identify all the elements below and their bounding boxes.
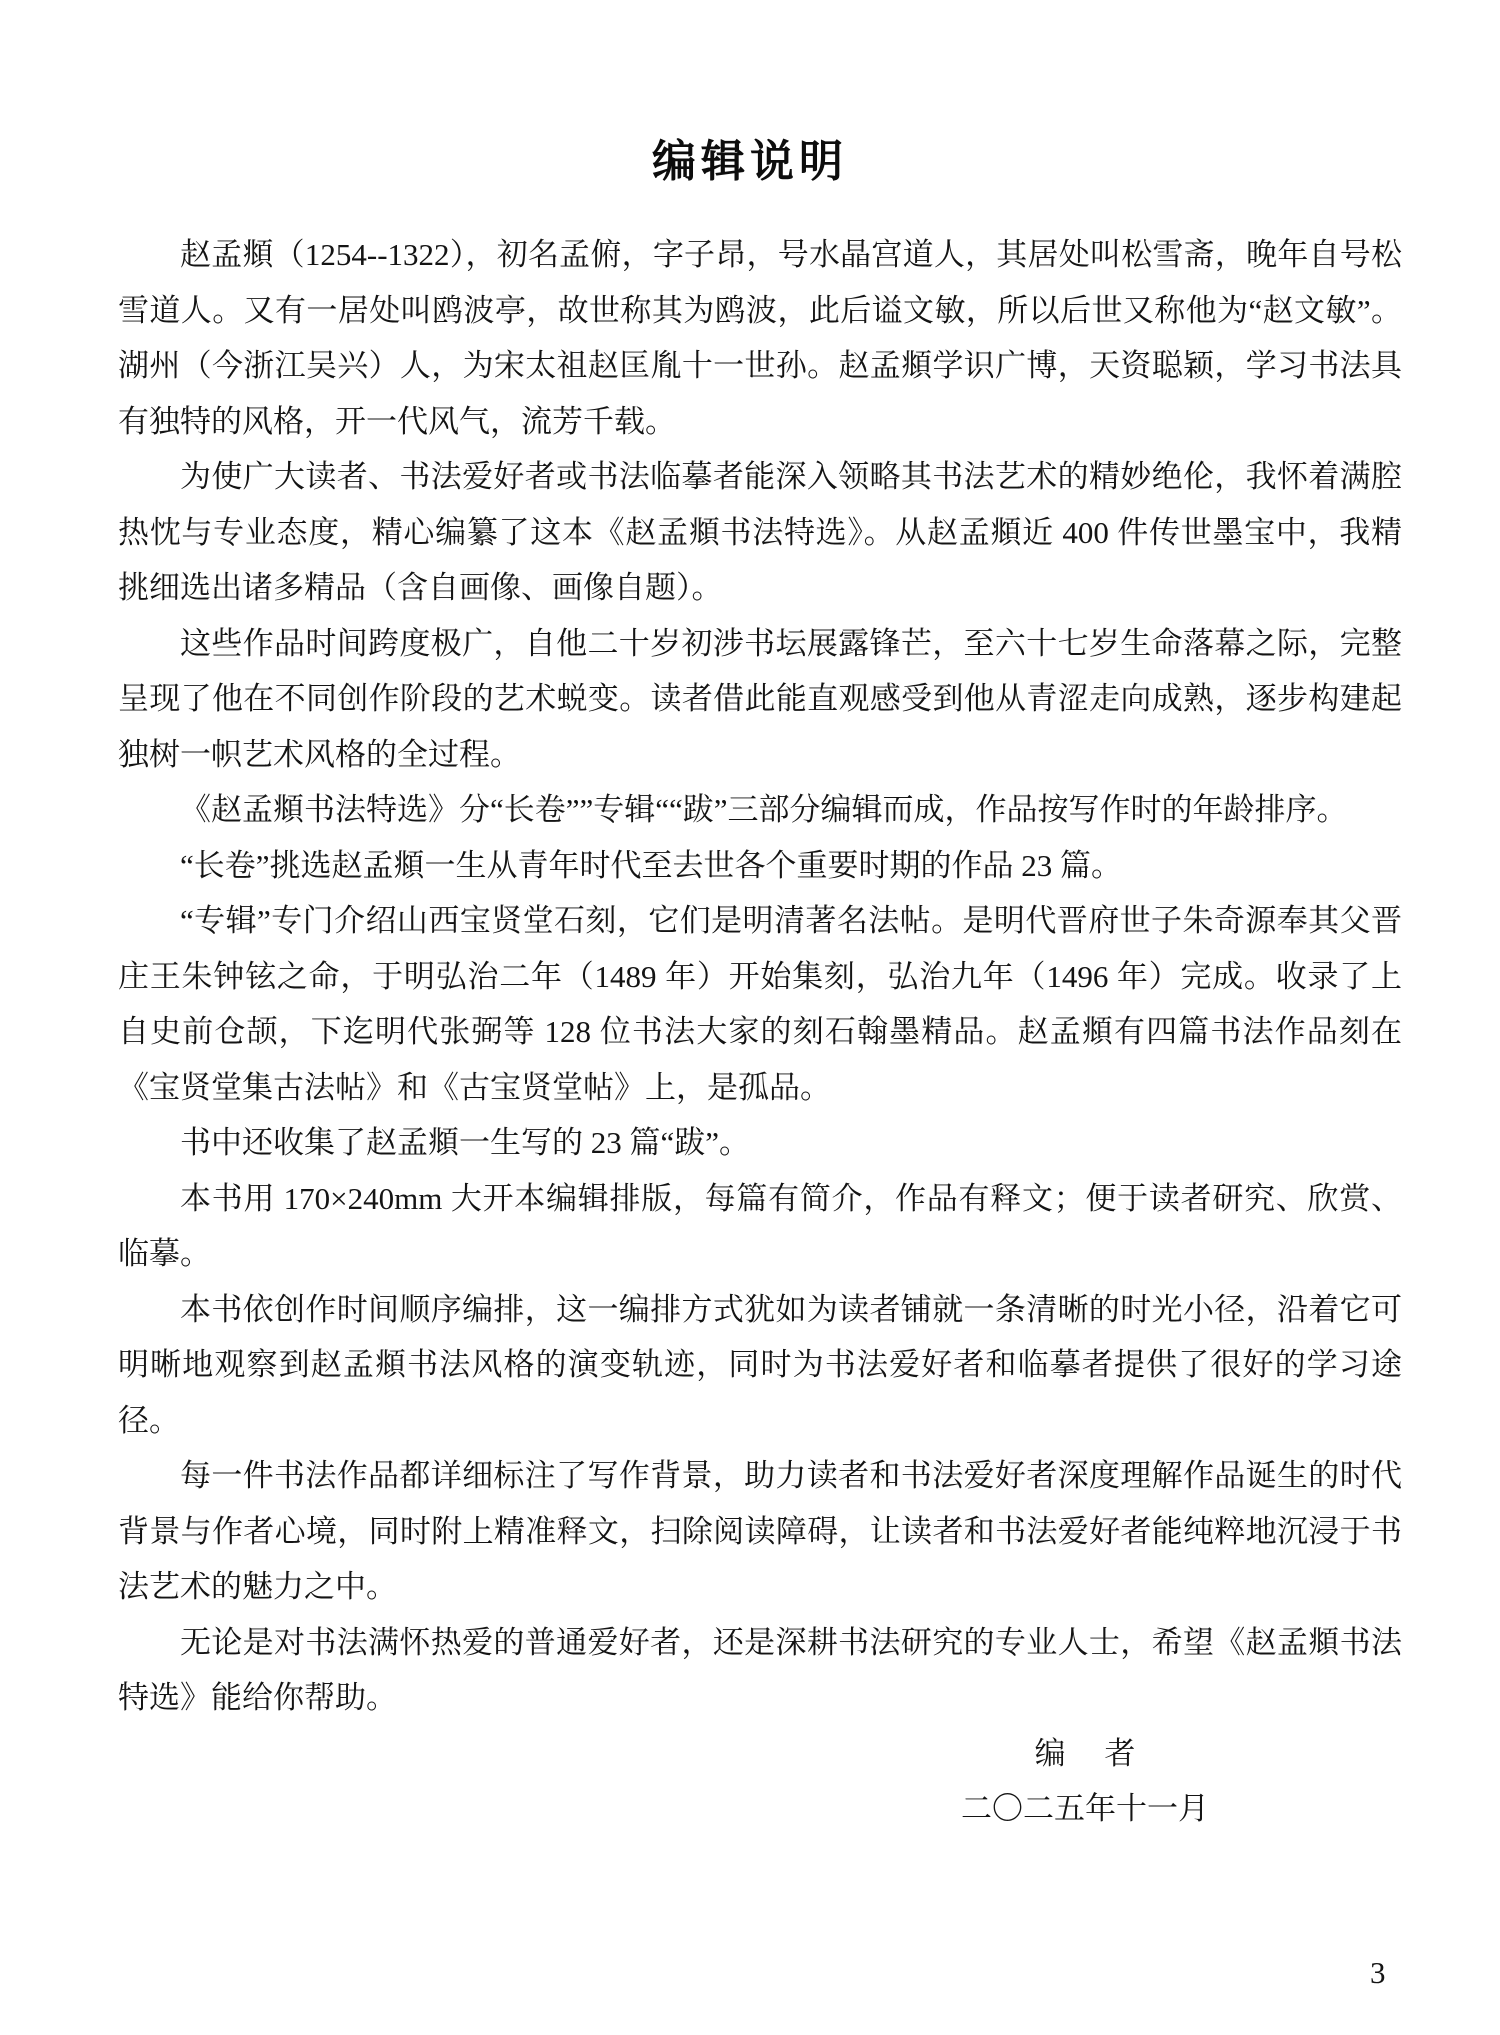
paragraph-closing: 无论是对书法满怀热爱的普通爱好者，还是深耕书法研究的专业人士，希望《赵孟頫书法特… bbox=[118, 1615, 1402, 1726]
paragraph-ordering: 本书依创作时间顺序编排，这一编排方式犹如为读者铺就一条清晰的时光小径，沿着它可明… bbox=[118, 1282, 1402, 1449]
signature-date: 二〇二五年十一月 bbox=[768, 1781, 1402, 1837]
page-number: 3 bbox=[1370, 1953, 1386, 1993]
paragraph-ba: 书中还收集了赵孟頫一生写的 23 篇“跋”。 bbox=[118, 1115, 1402, 1171]
paragraph-bio: 赵孟頫（1254--1322），初名孟俯，字子昂，号水晶宫道人，其居处叫松雪斋，… bbox=[118, 227, 1402, 449]
body-text: 赵孟頫（1254--1322），初名孟俯，字子昂，号水晶宫道人，其居处叫松雪斋，… bbox=[118, 227, 1402, 1837]
paragraph-zhuanji: “专辑”专门介绍山西宝贤堂石刻，它们是明清著名法帖。是明代晋府世子朱奇源奉其父晋… bbox=[118, 893, 1402, 1115]
book-page: { "doc": { "title": "编辑说明", "paragraphs"… bbox=[0, 0, 1500, 2035]
paragraph-changjuan: “长卷”挑选赵孟頫一生从青年时代至去世各个重要时期的作品 23 篇。 bbox=[118, 838, 1402, 894]
signature-block: 编 者 二〇二五年十一月 bbox=[768, 1726, 1402, 1837]
paragraph-annotations: 每一件书法作品都详细标注了写作背景，助力读者和书法爱好者深度理解作品诞生的时代背… bbox=[118, 1448, 1402, 1615]
page-background: 编辑说明 赵孟頫（1254--1322），初名孟俯，字子昂，号水晶宫道人，其居处… bbox=[0, 0, 1500, 2035]
paragraph-format: 本书用 170×240mm 大开本编辑排版，每篇有简介，作品有释文；便于读者研究… bbox=[118, 1171, 1402, 1282]
paragraph-sections: 《赵孟頫书法特选》分“长卷””专辑““跋”三部分编辑而成，作品按写作时的年龄排序… bbox=[118, 782, 1402, 838]
paragraph-timespan: 这些作品时间跨度极广，自他二十岁初涉书坛展露锋芒，至六十七岁生命落幕之际，完整呈… bbox=[118, 616, 1402, 783]
page-title: 编辑说明 bbox=[0, 132, 1500, 192]
signature-author: 编 者 bbox=[768, 1726, 1402, 1782]
paragraph-purpose: 为使广大读者、书法爱好者或书法临摹者能深入领略其书法艺术的精妙绝伦，我怀着满腔热… bbox=[118, 449, 1402, 616]
